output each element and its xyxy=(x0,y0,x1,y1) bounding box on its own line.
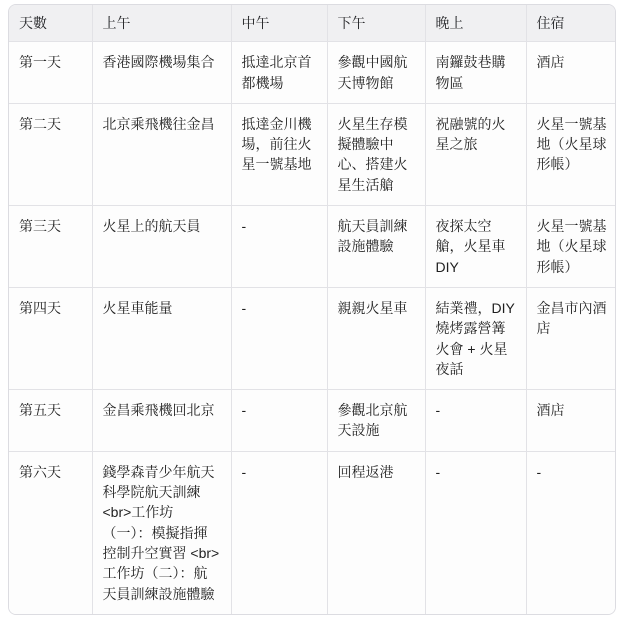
table-row-day1: 第一天 香港國際機場集合 抵達北京首都機場 參觀中國航天博物館 南鑼鼓巷購物區 … xyxy=(9,42,616,104)
col-header-stay: 住宿 xyxy=(526,5,616,42)
afternoon-cell: 回程返港 xyxy=(327,451,425,614)
itinerary-table: 天數 上午 中午 下午 晚上 住宿 第一天 香港國際機場集合 抵達北京首都機場 … xyxy=(9,5,616,614)
day-cell: 第四天 xyxy=(9,287,92,389)
stay-cell: 酒店 xyxy=(526,42,616,104)
col-header-evening: 晚上 xyxy=(425,5,526,42)
evening-cell: 南鑼鼓巷購物區 xyxy=(425,42,526,104)
table-row-day4: 第四天 火星車能量 - 親親火星車 結業禮，DIY燒烤露營篝火會 + 火星夜話 … xyxy=(9,287,616,389)
stay-cell: - xyxy=(526,451,616,614)
afternoon-cell: 火星生存模擬體驗中心、搭建火星生活艙 xyxy=(327,103,425,205)
noon-cell: - xyxy=(231,451,327,614)
table-row-day2: 第二天 北京乘飛機往金昌 抵達金川機場，前往火星一號基地 火星生存模擬體驗中心、… xyxy=(9,103,616,205)
col-header-day: 天數 xyxy=(9,5,92,42)
table-row-day3: 第三天 火星上的航天員 - 航天員訓練設施體驗 夜探太空艙，火星車DIY 火星一… xyxy=(9,206,616,288)
stay-cell: 酒店 xyxy=(526,390,616,452)
morning-cell: 香港國際機場集合 xyxy=(92,42,231,104)
day-cell: 第一天 xyxy=(9,42,92,104)
day-cell: 第六天 xyxy=(9,451,92,614)
noon-cell: - xyxy=(231,206,327,288)
col-header-morning: 上午 xyxy=(92,5,231,42)
morning-cell: 金昌乘飛機回北京 xyxy=(92,390,231,452)
noon-cell: 抵達金川機場，前往火星一號基地 xyxy=(231,103,327,205)
morning-cell: 火星車能量 xyxy=(92,287,231,389)
table-row-day6: 第六天 錢學森青少年航天科學院航天訓練 <br>工作坊（一）：模擬指揮控制升空實… xyxy=(9,451,616,614)
noon-cell: - xyxy=(231,287,327,389)
itinerary-table-card: 天數 上午 中午 下午 晚上 住宿 第一天 香港國際機場集合 抵達北京首都機場 … xyxy=(8,4,616,615)
noon-cell: 抵達北京首都機場 xyxy=(231,42,327,104)
afternoon-cell: 參觀中國航天博物館 xyxy=(327,42,425,104)
col-header-noon: 中午 xyxy=(231,5,327,42)
stay-cell: 火星一號基地（火星球形帳） xyxy=(526,103,616,205)
col-header-afternoon: 下午 xyxy=(327,5,425,42)
morning-cell: 火星上的航天員 xyxy=(92,206,231,288)
stay-cell: 火星一號基地（火星球形帳） xyxy=(526,206,616,288)
day-cell: 第五天 xyxy=(9,390,92,452)
day-cell: 第三天 xyxy=(9,206,92,288)
afternoon-cell: 航天員訓練設施體驗 xyxy=(327,206,425,288)
stay-cell: 金昌市內酒店 xyxy=(526,287,616,389)
table-row-day5: 第五天 金昌乘飛機回北京 - 參觀北京航天設施 - 酒店 xyxy=(9,390,616,452)
noon-cell: - xyxy=(231,390,327,452)
evening-cell: 結業禮，DIY燒烤露營篝火會 + 火星夜話 xyxy=(425,287,526,389)
header-row: 天數 上午 中午 下午 晚上 住宿 xyxy=(9,5,616,42)
day-cell: 第二天 xyxy=(9,103,92,205)
evening-cell: - xyxy=(425,390,526,452)
afternoon-cell: 親親火星車 xyxy=(327,287,425,389)
evening-cell: 夜探太空艙，火星車DIY xyxy=(425,206,526,288)
afternoon-cell: 參觀北京航天設施 xyxy=(327,390,425,452)
morning-cell: 北京乘飛機往金昌 xyxy=(92,103,231,205)
morning-cell: 錢學森青少年航天科學院航天訓練 <br>工作坊（一）：模擬指揮控制升空實習 <b… xyxy=(92,451,231,614)
evening-cell: 祝融號的火星之旅 xyxy=(425,103,526,205)
evening-cell: - xyxy=(425,451,526,614)
